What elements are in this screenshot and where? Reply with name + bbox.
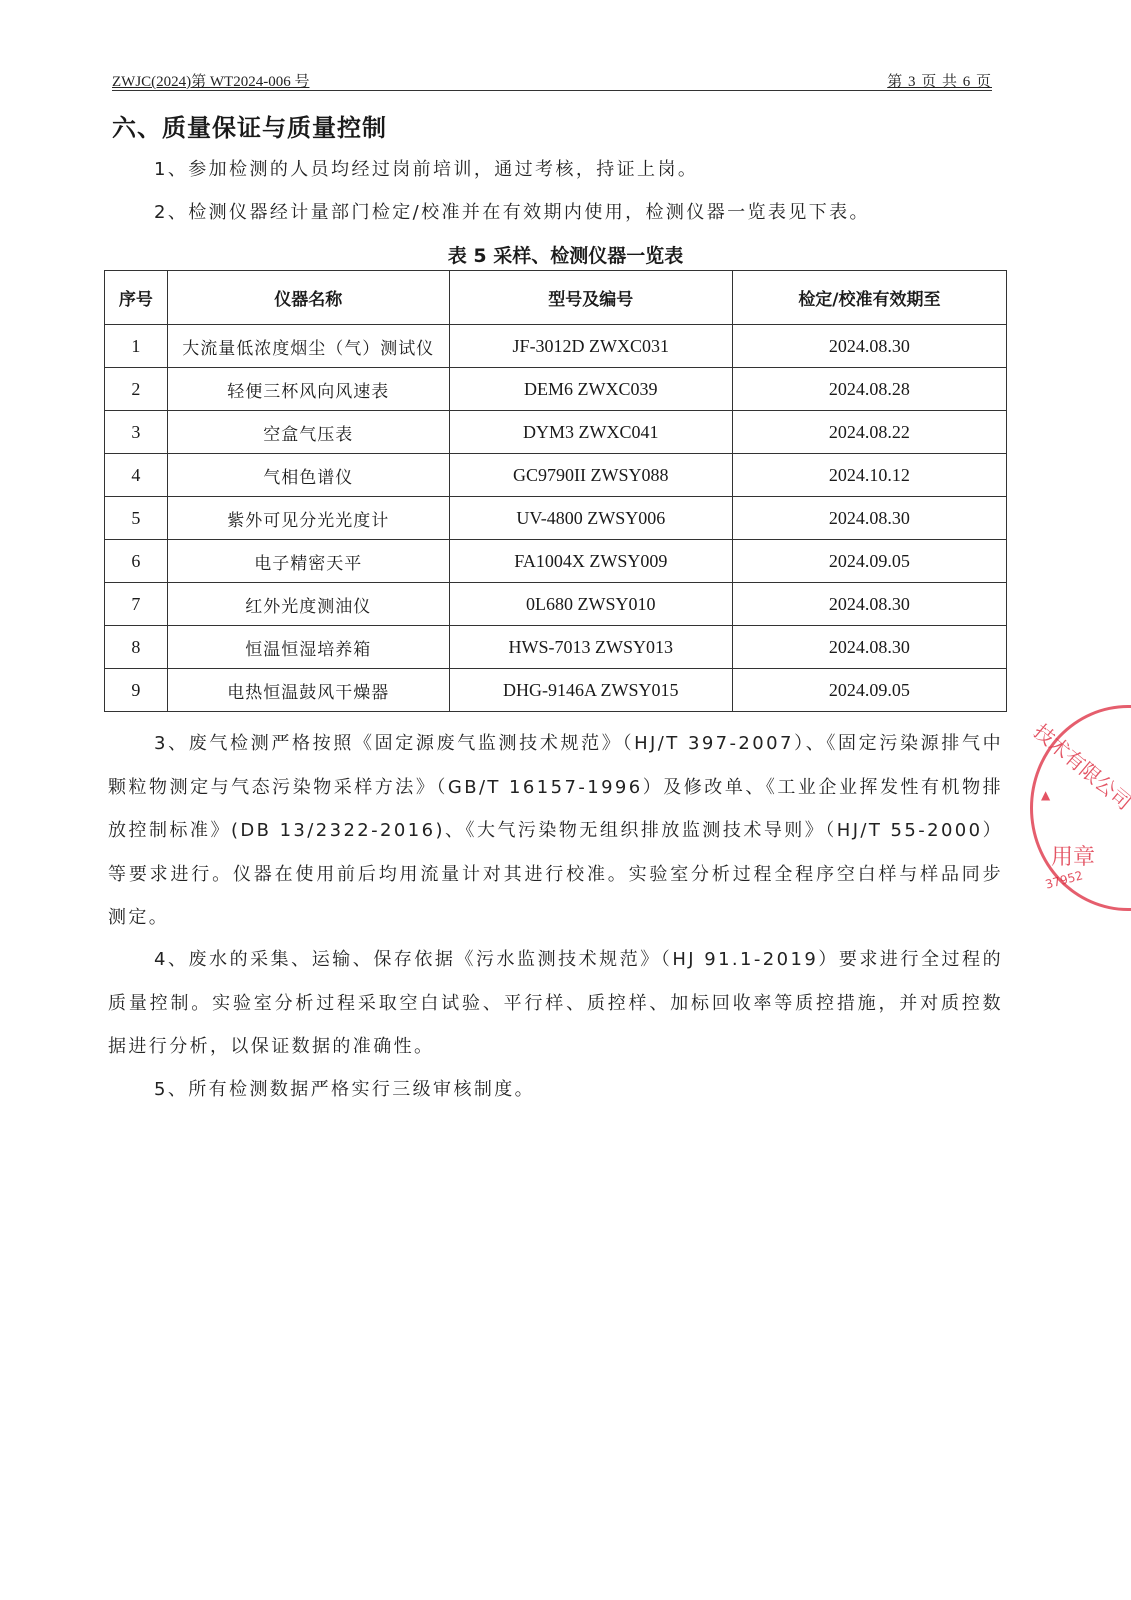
cell-index: 7	[105, 583, 168, 626]
cell-model-number: DHG-9146A ZWSY015	[449, 669, 732, 712]
paragraph-3: 3、废气检测严格按照《固定源废气监测技术规范》（HJ/T 397-2007）、《…	[108, 722, 1003, 940]
header-index: 序号	[105, 271, 168, 325]
table-row: 2 轻便三杯风向风速表 DEM6 ZWXC039 2024.08.28	[105, 368, 1007, 411]
cell-instrument-name: 轻便三杯风向风速表	[167, 368, 449, 411]
table-row: 6 电子精密天平 FA1004X ZWSY009 2024.09.05	[105, 540, 1007, 583]
cell-instrument-name: 恒温恒湿培养箱	[167, 626, 449, 669]
document-number: ZWJC(2024)第 WT2024-006 号	[112, 70, 309, 91]
table-caption: 表 5 采样、检测仪器一览表	[0, 241, 1131, 268]
seal-code: 37952	[1044, 868, 1085, 891]
table-row: 7 红外光度测油仪 0L680 ZWSY010 2024.08.30	[105, 583, 1007, 626]
cell-index: 6	[105, 540, 168, 583]
instrument-table: 序号 仪器名称 型号及编号 检定/校准有效期至 1 大流量低浓度烟尘（气）测试仪…	[104, 270, 1007, 712]
company-seal-stamp: 技术有限公司 ▲ 用章 37952	[1030, 705, 1131, 911]
header-model-number: 型号及编号	[449, 271, 732, 325]
cell-index: 8	[105, 626, 168, 669]
cell-index: 2	[105, 368, 168, 411]
table-row: 1 大流量低浓度烟尘（气）测试仪 JF-3012D ZWXC031 2024.0…	[105, 325, 1007, 368]
cell-model-number: UV-4800 ZWSY006	[449, 497, 732, 540]
paragraph-5: 5、所有检测数据严格实行三级审核制度。	[108, 1068, 1003, 1112]
cell-model-number: FA1004X ZWSY009	[449, 540, 732, 583]
cell-model-number: DYM3 ZWXC041	[449, 411, 732, 454]
cell-valid-until: 2024.08.22	[732, 411, 1006, 454]
cell-valid-until: 2024.09.05	[732, 669, 1006, 712]
cell-instrument-name: 紫外可见分光光度计	[167, 497, 449, 540]
table-row: 8 恒温恒湿培养箱 HWS-7013 ZWSY013 2024.08.30	[105, 626, 1007, 669]
section-title: 六、质量保证与质量控制	[112, 108, 387, 143]
cell-model-number: HWS-7013 ZWSY013	[449, 626, 732, 669]
seal-usage-text: 用章	[1051, 840, 1095, 871]
cell-instrument-name: 气相色谱仪	[167, 454, 449, 497]
header-valid-until: 检定/校准有效期至	[732, 271, 1006, 325]
cell-model-number: 0L680 ZWSY010	[449, 583, 732, 626]
cell-index: 1	[105, 325, 168, 368]
cell-index: 3	[105, 411, 168, 454]
table-row: 3 空盒气压表 DYM3 ZWXC041 2024.08.22	[105, 411, 1007, 454]
paragraph-2: 2、检测仪器经计量部门检定/校准并在有效期内使用，检测仪器一览表见下表。	[108, 191, 1003, 235]
cell-instrument-name: 大流量低浓度烟尘（气）测试仪	[167, 325, 449, 368]
cell-valid-until: 2024.08.30	[732, 325, 1006, 368]
cell-instrument-name: 电热恒温鼓风干燥器	[167, 669, 449, 712]
cell-valid-until: 2024.09.05	[732, 540, 1006, 583]
cell-index: 9	[105, 669, 168, 712]
cell-model-number: JF-3012D ZWXC031	[449, 325, 732, 368]
cell-valid-until: 2024.08.28	[732, 368, 1006, 411]
table-row: 9 电热恒温鼓风干燥器 DHG-9146A ZWSY015 2024.09.05	[105, 669, 1007, 712]
cell-instrument-name: 电子精密天平	[167, 540, 449, 583]
cell-model-number: GC9790II ZWSY088	[449, 454, 732, 497]
paragraph-1: 1、参加检测的人员均经过岗前培训，通过考核，持证上岗。	[108, 148, 1003, 192]
cell-index: 4	[105, 454, 168, 497]
cell-valid-until: 2024.08.30	[732, 583, 1006, 626]
table-row: 5 紫外可见分光光度计 UV-4800 ZWSY006 2024.08.30	[105, 497, 1007, 540]
cell-valid-until: 2024.10.12	[732, 454, 1006, 497]
seal-star-icon: ▲	[1041, 788, 1050, 802]
cell-instrument-name: 红外光度测油仪	[167, 583, 449, 626]
cell-index: 5	[105, 497, 168, 540]
paragraph-4: 4、废水的采集、运输、保存依据《污水监测技术规范》（HJ 91.1-2019）要…	[108, 938, 1003, 1069]
table-row: 4 气相色谱仪 GC9790II ZWSY088 2024.10.12	[105, 454, 1007, 497]
page-number: 第 3 页 共 6 页	[887, 70, 992, 91]
cell-valid-until: 2024.08.30	[732, 626, 1006, 669]
cell-model-number: DEM6 ZWXC039	[449, 368, 732, 411]
cell-valid-until: 2024.08.30	[732, 497, 1006, 540]
header-instrument-name: 仪器名称	[167, 271, 449, 325]
page-header: ZWJC(2024)第 WT2024-006 号 第 3 页 共 6 页	[112, 68, 992, 91]
table-header-row: 序号 仪器名称 型号及编号 检定/校准有效期至	[105, 271, 1007, 325]
cell-instrument-name: 空盒气压表	[167, 411, 449, 454]
